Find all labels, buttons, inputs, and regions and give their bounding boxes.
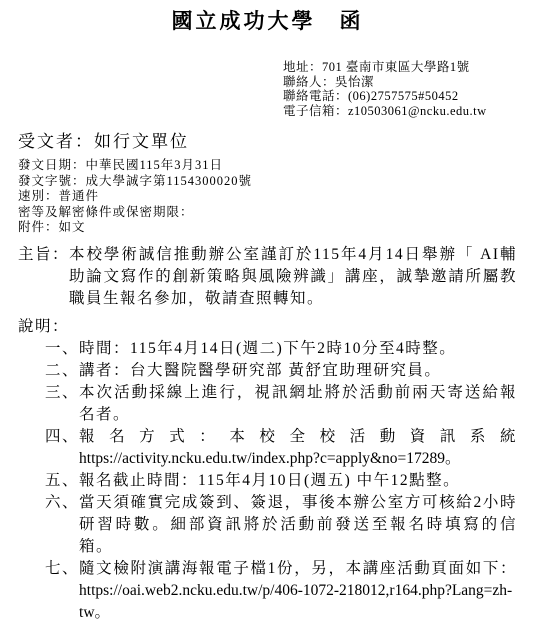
attachment-line: 附件：如文 bbox=[18, 220, 517, 236]
item-number: 六、 bbox=[45, 492, 79, 514]
item-number: 一、 bbox=[45, 338, 79, 360]
item-content: 報名截止時間：115年4月10日(週五) 中午12點整。 bbox=[79, 470, 517, 492]
item-content: 講者：台大醫院醫學研究部 黃舒宜助理研究員。 bbox=[79, 360, 517, 382]
list-item: 七、 隨文檢附演講海報電子檔1份，另，本講座活動頁面如下：https://oai… bbox=[45, 558, 517, 624]
speed-line: 速別：普通件 bbox=[18, 189, 517, 205]
list-item: 三、 本次活動採線上進行，視訊網址將於活動前兩天寄送給報名者。 bbox=[45, 382, 517, 426]
description-list: 一、 時間：115年4月14日(週二)下午2時10分至4時整。 二、 講者：台大… bbox=[18, 338, 517, 624]
subject-section: 主旨： 本校學術誠信推動辦公室謹訂於115年4月14日舉辦「 AI輔助論文寫作的… bbox=[18, 244, 517, 310]
list-item: 六、 當天須確實完成簽到、簽退，事後本辦公室方可核給2小時研習時數。細部資訊將於… bbox=[45, 492, 517, 558]
doc-number-line: 發文字號：成大學誠字第1154300020號 bbox=[18, 174, 517, 190]
list-item: 二、 講者：台大醫院醫學研究部 黃舒宜助理研究員。 bbox=[45, 360, 517, 382]
item-content: 時間：115年4月14日(週二)下午2時10分至4時整。 bbox=[79, 338, 517, 360]
event-page-url-link[interactable]: https://oai.web2.ncku.edu.tw/p/406-1072-… bbox=[79, 582, 512, 621]
item-content: 本次活動採線上進行，視訊網址將於活動前兩天寄送給報名者。 bbox=[79, 382, 517, 426]
item-number: 四、 bbox=[45, 426, 79, 448]
document-title: 國立成功大學 函 bbox=[18, 8, 517, 34]
item-content: 當天須確實完成簽到、簽退，事後本辦公室方可核給2小時研習時數。細部資訊將於活動前… bbox=[79, 492, 517, 558]
item-content: 隨文檢附演講海報電子檔1份，另，本講座活動頁面如下：https://oai.we… bbox=[79, 558, 517, 624]
letter-page: 國立成功大學 函 地址：701 臺南市東區大學路1號 聯絡人：吳怡潔 聯絡電話：… bbox=[0, 0, 535, 627]
item-suffix: 。 bbox=[95, 604, 112, 621]
contact-phone: 聯絡電話：(06)2757575#50452 bbox=[283, 89, 517, 104]
item-suffix: 。 bbox=[445, 450, 462, 467]
item-number: 三、 bbox=[45, 382, 79, 404]
list-item: 四、 報名方式：本校全校活動資訊系統https://activity.ncku.… bbox=[45, 426, 517, 470]
contact-block: 地址：701 臺南市東區大學路1號 聯絡人：吳怡潔 聯絡電話：(06)27575… bbox=[283, 60, 517, 118]
registration-url-link[interactable]: https://activity.ncku.edu.tw/index.php?c… bbox=[79, 450, 445, 467]
item-number: 二、 bbox=[45, 360, 79, 382]
list-item: 五、 報名截止時間：115年4月10日(週五) 中午12點整。 bbox=[45, 470, 517, 492]
subject-label: 主旨： bbox=[18, 244, 69, 266]
meta-block: 發文日期：中華民國115年3月31日 發文字號：成大學誠字第1154300020… bbox=[18, 158, 517, 236]
item-number: 七、 bbox=[45, 558, 79, 580]
security-line: 密等及解密條件或保密期限： bbox=[18, 205, 517, 221]
recipient-line: 受文者：如行文單位 bbox=[18, 131, 517, 152]
item-content: 報名方式：本校全校活動資訊系統https://activity.ncku.edu… bbox=[79, 426, 517, 470]
contact-email: 電子信箱：z10503061@ncku.edu.tw bbox=[283, 104, 517, 119]
contact-address: 地址：701 臺南市東區大學路1號 bbox=[283, 60, 517, 75]
item-text: 報名方式：本校全校活動資訊系統 bbox=[79, 428, 517, 445]
issue-date-line: 發文日期：中華民國115年3月31日 bbox=[18, 158, 517, 174]
description-label: 說明： bbox=[18, 316, 517, 338]
contact-person: 聯絡人：吳怡潔 bbox=[283, 75, 517, 90]
list-item: 一、 時間：115年4月14日(週二)下午2時10分至4時整。 bbox=[45, 338, 517, 360]
item-number: 五、 bbox=[45, 470, 79, 492]
subject-text: 本校學術誠信推動辦公室謹訂於115年4月14日舉辦「 AI輔助論文寫作的創新策略… bbox=[69, 244, 517, 310]
item-text: 隨文檢附演講海報電子檔1份，另，本講座活動頁面如下： bbox=[79, 560, 517, 577]
